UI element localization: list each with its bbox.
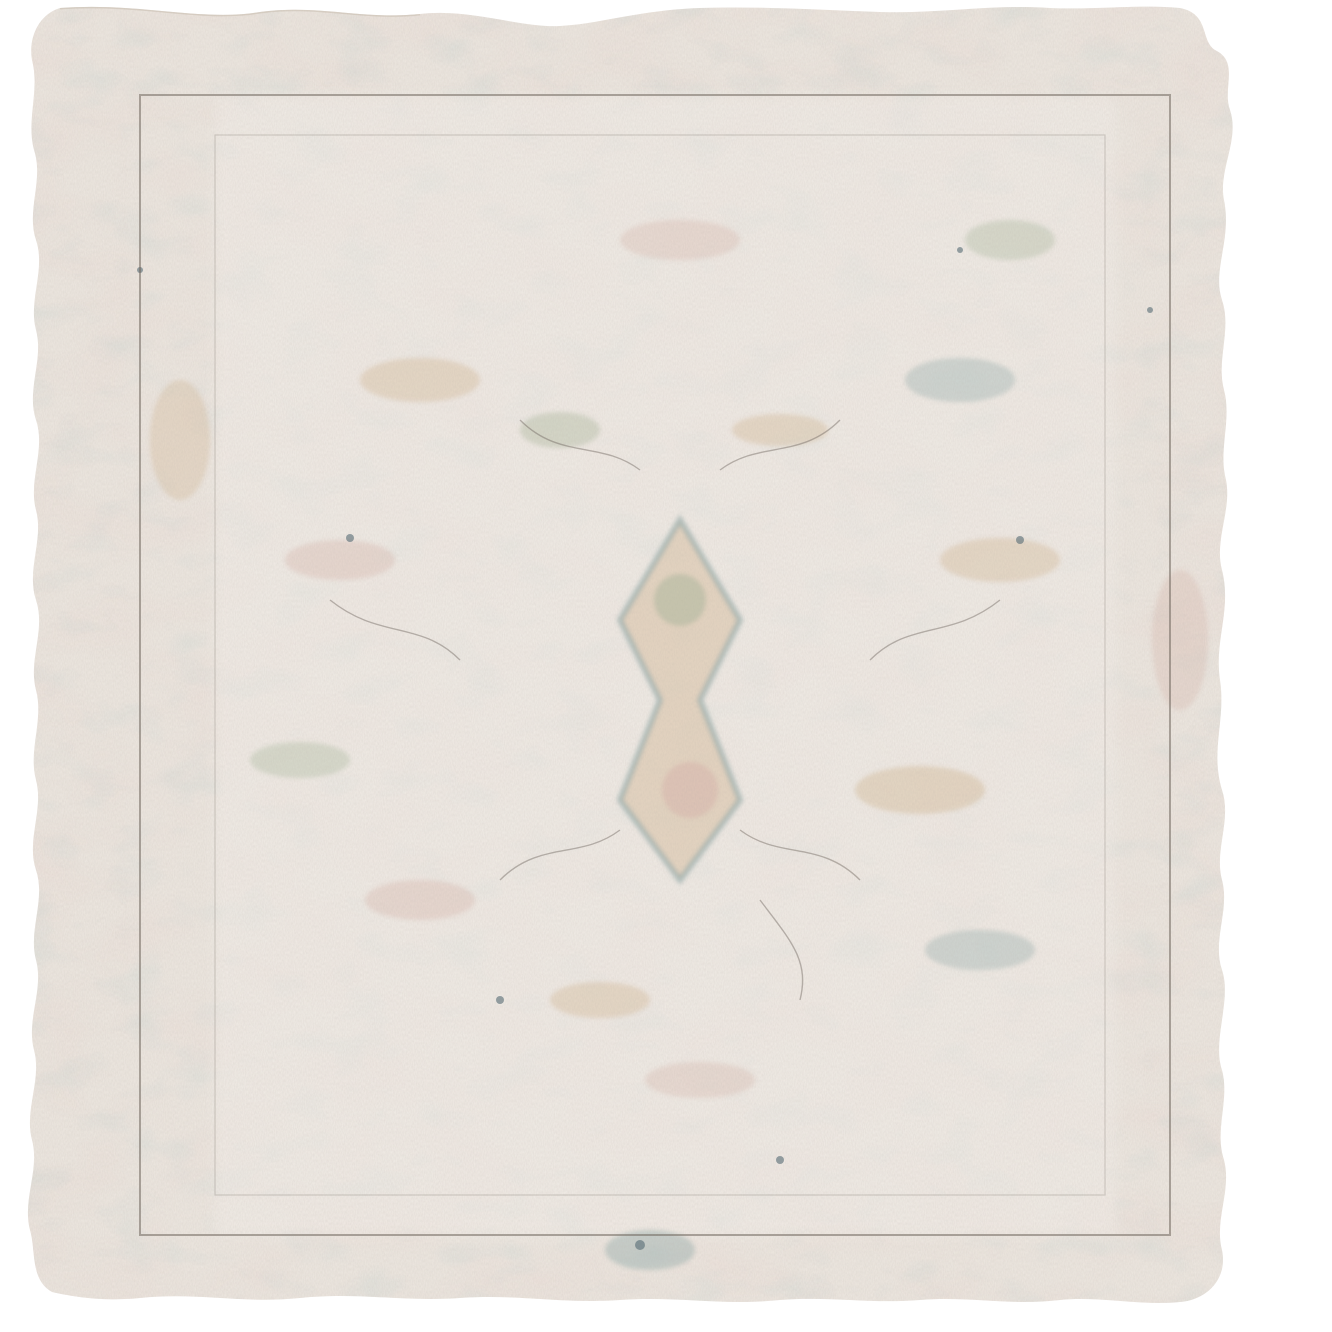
rug-body bbox=[0, 0, 1332, 1332]
rug-photo bbox=[0, 0, 1332, 1332]
weave-texture bbox=[0, 0, 1332, 1332]
rug-illustration bbox=[0, 0, 1332, 1332]
